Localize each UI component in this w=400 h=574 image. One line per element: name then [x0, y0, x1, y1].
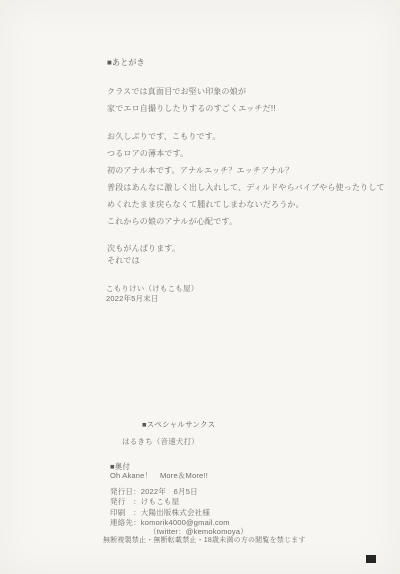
afterword-line: お久しぶりです、こもりです。: [107, 131, 221, 142]
signature-line: こもりけい（けもこも屋）: [106, 284, 198, 294]
afterword-line: これからの娘のアナルが心配です。: [107, 216, 237, 227]
afterword-line: つるロアの薄本です。: [107, 148, 188, 159]
colophon-row-published: 発行日：2022年 6月5日: [110, 487, 198, 497]
book-title: Oh Akane！ More＆More!!: [110, 471, 208, 481]
special-thanks-heading: ■スペシャルサンクス: [142, 420, 215, 430]
afterword-heading: ■あとがき: [107, 57, 145, 68]
afterword-line: 初のアナル本です。アナルエッチ？エッチアナル？: [107, 165, 293, 176]
afterword-line: 次もがんばります。: [107, 243, 180, 254]
afterword-line: めくれたまま戻らなくて腫れてしまわないだろうか。: [107, 199, 304, 210]
afterword-line: 家でエロ自撮りしたりするのすごくエッチだ!!: [107, 103, 276, 114]
rights-notice: 無断複製禁止・無断転載禁止・18歳未満の方の閲覧を禁じます: [103, 536, 306, 545]
afterword-line: 普段はあんなに激しく出し入れして、ディルドやらバイブやら使ったりして: [107, 182, 385, 193]
afterword-line: クラスでは真面目でお堅い印象の娘が: [107, 86, 246, 97]
colophon-row-printer: 印刷 ：大陽出版株式会社様: [110, 508, 210, 518]
afterword-line: それでは: [107, 255, 140, 266]
page-corner-mark: [366, 555, 376, 563]
special-thanks-name: はるきち（音速犬打）: [122, 437, 199, 447]
signature-date: 2022年5月末日: [106, 294, 159, 304]
colophon-row-publisher: 発行 ：けもこも屋: [110, 497, 179, 507]
scanned-afterword-page: ■あとがき クラスでは真面目でお堅い印象の娘が 家でエロ自撮りしたりするのすごく…: [0, 0, 400, 574]
